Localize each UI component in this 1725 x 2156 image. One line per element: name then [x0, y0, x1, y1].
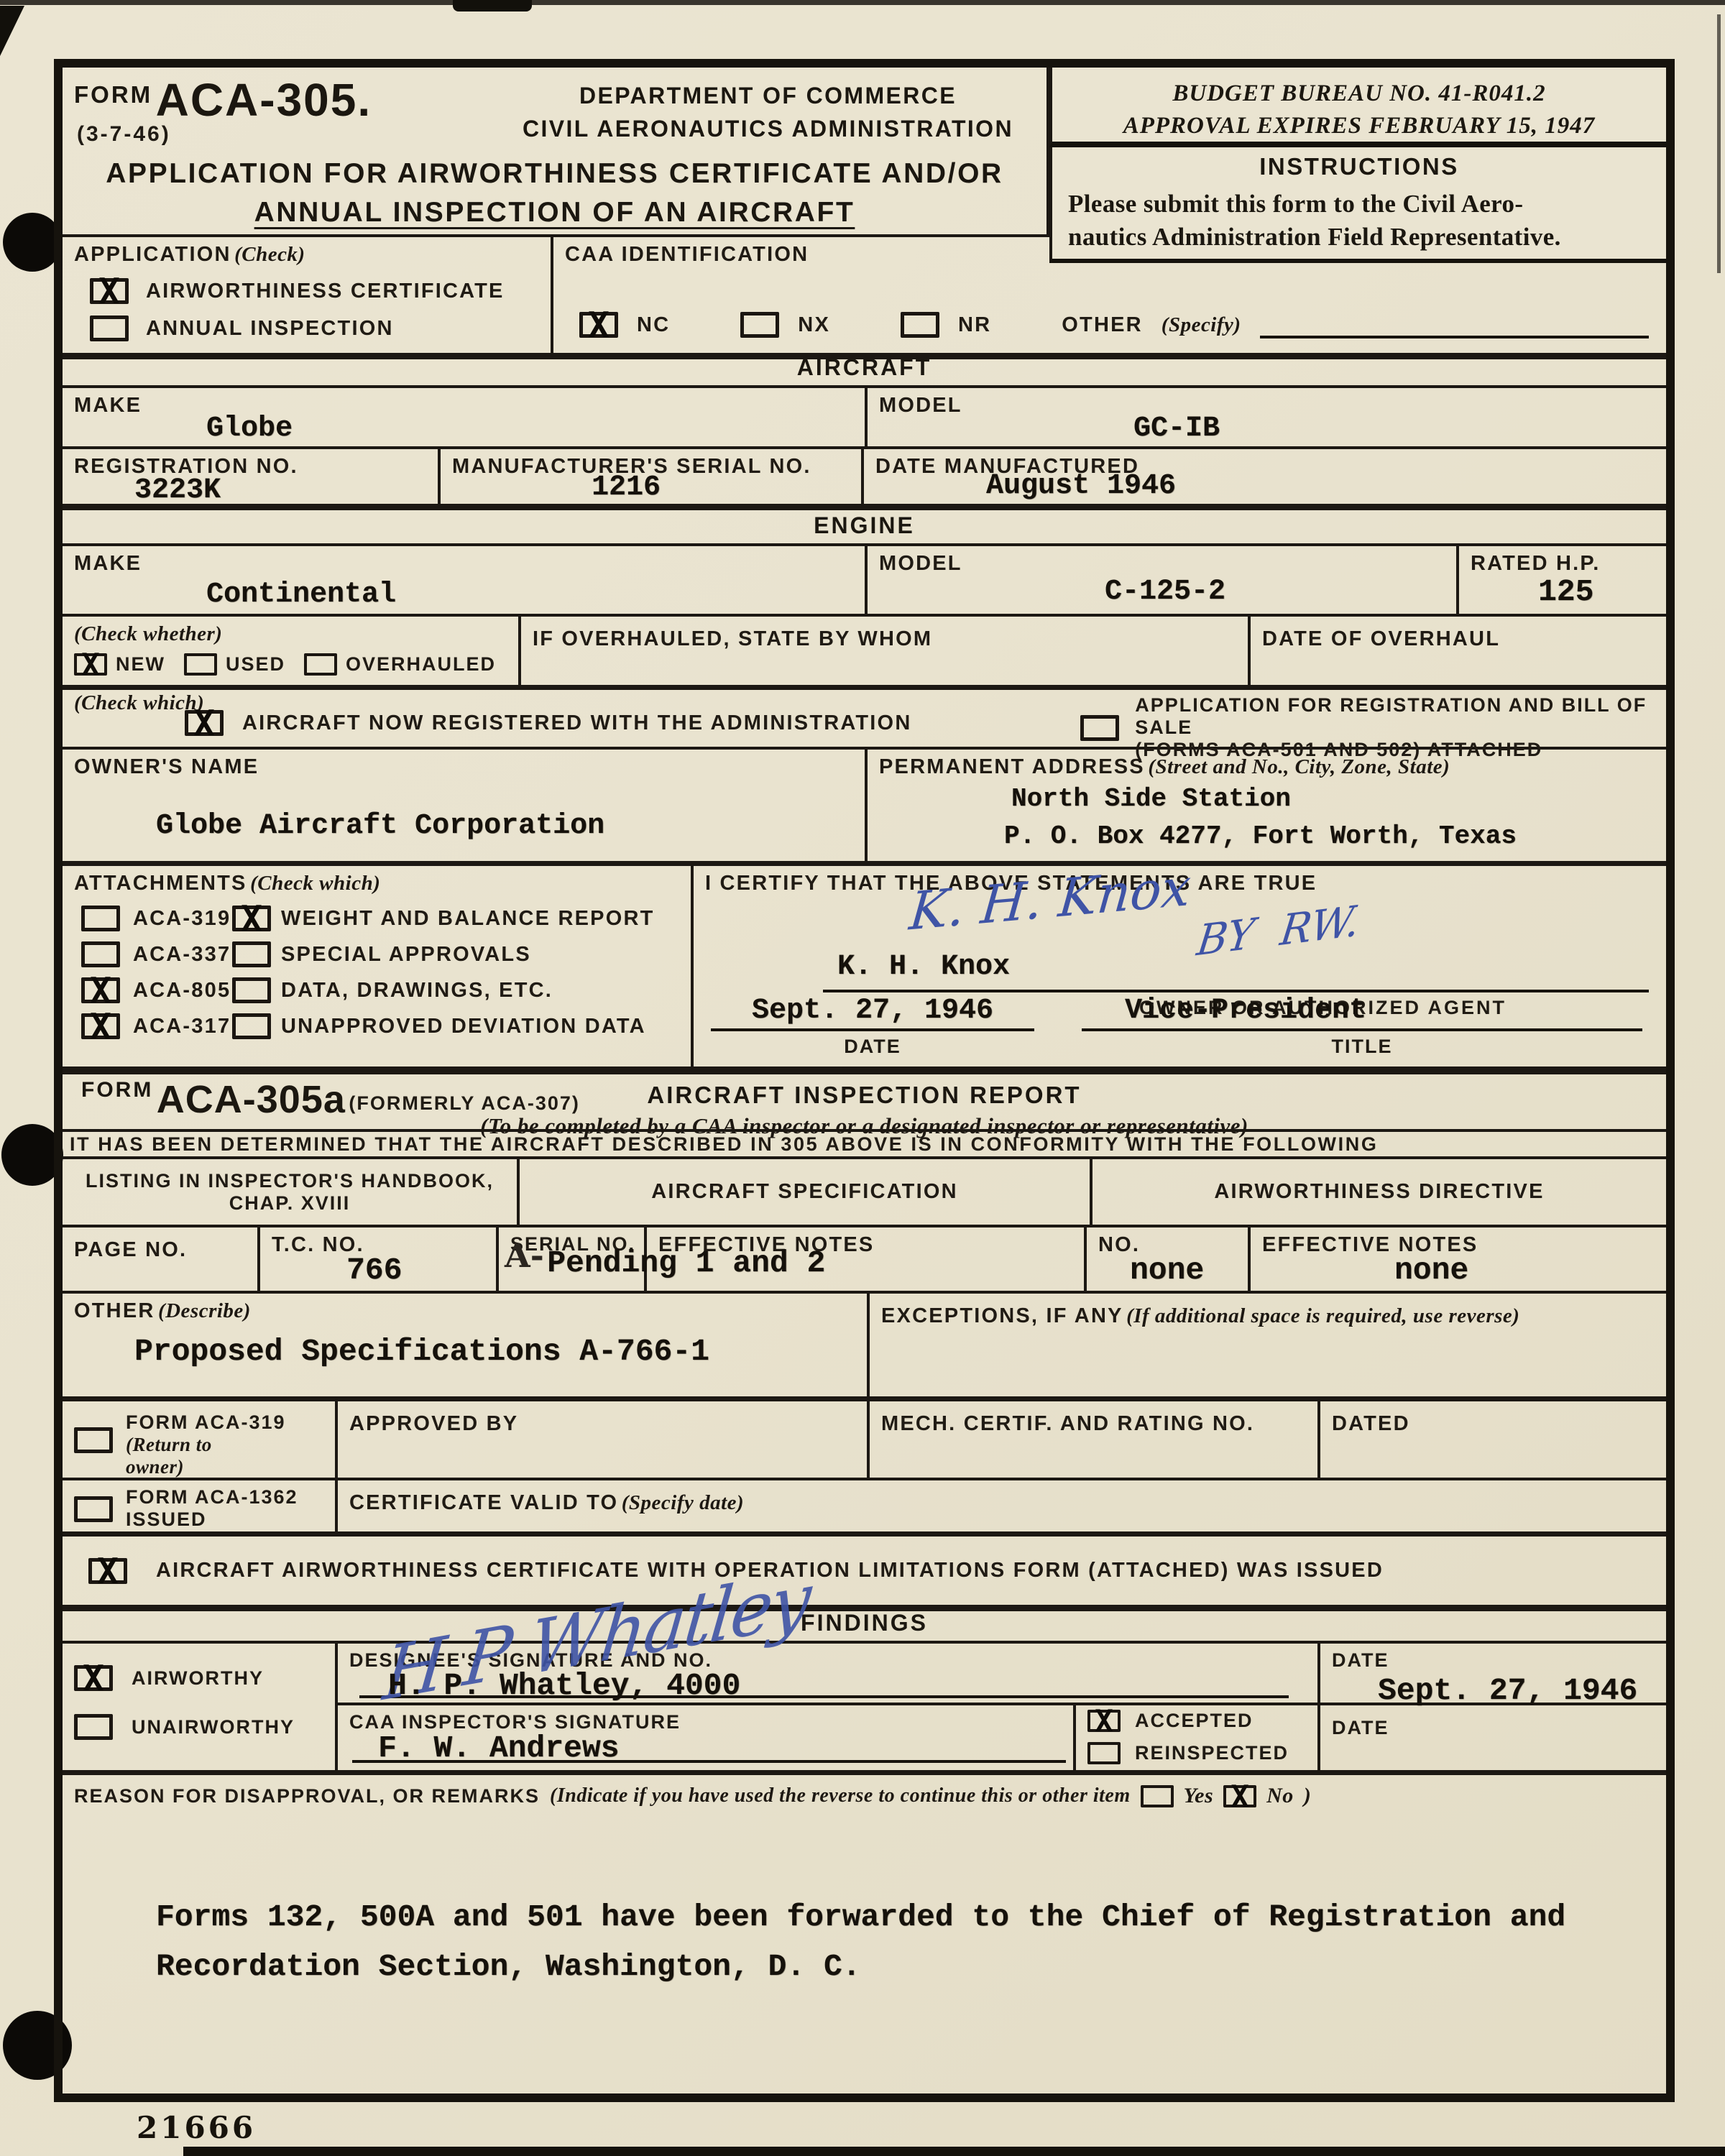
inspector-date-label: DATE	[1332, 1717, 1389, 1738]
instructions-title: INSTRUCTIONS	[1068, 153, 1650, 180]
registration-no-value: 3223K	[134, 474, 221, 507]
other-describe-value: Proposed Specifications A-766-1	[134, 1334, 709, 1369]
form-aca319-cell: FORM ACA-319 (Return to owner)	[63, 1401, 338, 1478]
aca-317-checkbox[interactable]: X	[81, 1013, 120, 1039]
engine-model-value: C-125-2	[1105, 576, 1225, 608]
exceptions-cell: EXCEPTIONS, IF ANY (If additional space …	[870, 1294, 1666, 1396]
certification-date-group: Sept. 27, 1946 DATE	[711, 995, 1034, 1058]
page-no-label: PAGE NO.	[74, 1238, 187, 1261]
certification-date-value: Sept. 27, 1946	[711, 995, 1034, 1031]
aircraft-section-header: AIRCRAFT	[63, 359, 1666, 388]
accepted-reinspected-cell: X ACCEPTED REINSPECTED	[1076, 1705, 1320, 1770]
engine-section-header: ENGINE	[63, 510, 1666, 546]
approved-by-cell: APPROVED BY	[338, 1401, 870, 1478]
header-right-column: BUDGET BUREAU NO. 41-R041.2 APPROVAL EXP…	[1049, 68, 1666, 237]
overhaul-date-label: DATE OF OVERHAUL	[1262, 627, 1500, 650]
attachments-section: ATTACHMENTS (Check which) ACA-319 X WEIG…	[63, 866, 694, 1067]
engine-used-checkbox[interactable]	[184, 653, 217, 676]
engine-condition-cell: (Check whether) X NEW USED OVERHAULED	[63, 617, 521, 685]
department-name: DEPARTMENT OF COMMERCE CIVIL AERONAUTICS…	[523, 79, 1013, 146]
scan-edge-bottom	[183, 2147, 1725, 2156]
scan-blob	[453, 0, 532, 11]
certificate-valid-label: CERTIFICATE VALID TO	[349, 1491, 618, 1514]
remarks-label: REASON FOR DISAPPROVAL, OR REMARKS	[74, 1785, 540, 1807]
check-whether-label: (Check whether)	[74, 622, 507, 646]
date-manufactured-cell: DATE MANUFACTURED August 1946	[864, 449, 1666, 504]
tc-no-value: 766	[346, 1253, 402, 1288]
permanent-address-cell: PERMANENT ADDRESS (Street and No., City,…	[868, 750, 1666, 861]
listing-header: LISTING IN INSPECTOR'S HANDBOOK, CHAP. X…	[86, 1170, 494, 1215]
dated-cell: DATED	[1320, 1401, 1666, 1478]
unapproved-deviation-label: UNAPPROVED DEVIATION DATA	[281, 1015, 646, 1038]
department-line1: DEPARTMENT OF COMMERCE	[523, 79, 1013, 112]
aircraft-make-label: MAKE	[74, 394, 142, 417]
aircraft-specification-header-cell: AIRCRAFT SPECIFICATION	[520, 1159, 1092, 1225]
designee-signature-typed: H. P. Whatley, 4000	[388, 1668, 740, 1703]
certification-title-group: Vice-President TITLE	[1082, 995, 1642, 1058]
engine-model-cell: MODEL C-125-2	[868, 546, 1459, 614]
owner-name-label: OWNER'S NAME	[74, 755, 259, 778]
report-title: AIRCRAFT INSPECTION REPORT	[647, 1082, 1081, 1109]
address-line1: North Side Station	[1011, 784, 1291, 814]
mech-certif-cell: MECH. CERTIF. AND RATING NO.	[870, 1401, 1320, 1478]
aircraft-specification-header: AIRCRAFT SPECIFICATION	[651, 1180, 957, 1204]
document-stamp-number: 21666	[137, 2110, 256, 2145]
scan-edge-right	[1717, 14, 1721, 273]
overhaul-date-cell: DATE OF OVERHAUL	[1251, 617, 1666, 685]
accepted-label: ACCEPTED	[1135, 1710, 1253, 1732]
owner-signature-typed: K. H. Knox	[837, 951, 1010, 983]
remarks-body: Forms 132, 500A and 501 have been forwar…	[156, 1893, 1565, 1992]
data-drawings-label: DATA, DRAWINGS, ETC.	[281, 979, 553, 1003]
spec-serial-cell: SERIAL NO. A- Pending 1 and 2	[499, 1227, 647, 1291]
budget-bureau-box: BUDGET BUREAU NO. 41-R041.2 APPROVAL EXP…	[1049, 68, 1666, 147]
dated-label: DATED	[1332, 1412, 1410, 1435]
determination-statement: IT HAS BEEN DETERMINED THAT THE AIRCRAFT…	[63, 1132, 1666, 1156]
engine-model-label: MODEL	[879, 552, 962, 575]
attachments-label: ATTACHMENTS	[74, 872, 247, 895]
inspector-signature-line	[352, 1760, 1066, 1763]
tc-no-cell: T.C. NO. 766	[260, 1227, 499, 1291]
instructions-body: Please submit this form to the Civil Aer…	[1068, 188, 1650, 253]
form-aca1362-checkbox[interactable]	[74, 1496, 113, 1522]
engine-overhauled-label: OVERHAULED	[346, 653, 496, 676]
scan-edge-top	[0, 0, 1725, 5]
form-header: FORM ACA-305. (3-7-46) DEPARTMENT OF COM…	[63, 68, 1049, 237]
listing-header-cell: LISTING IN INSPECTOR'S HANDBOOK, CHAP. X…	[63, 1159, 520, 1225]
inspector-signature-label: CAA INSPECTOR'S SIGNATURE	[349, 1711, 681, 1733]
certificate-issued-row: X AIRCRAFT AIRWORTHINESS CERTIFICATE WIT…	[63, 1537, 1666, 1605]
weight-balance-label: WEIGHT AND BALANCE REPORT	[281, 907, 655, 931]
owner-signature-by: BY RW.	[1195, 895, 1363, 965]
reverse-no-label: No	[1266, 1784, 1294, 1808]
nr-label: NR	[958, 313, 991, 337]
nc-label: NC	[637, 313, 670, 337]
engine-new-label: NEW	[116, 653, 165, 676]
unairworthy-label: UNAIRWORTHY	[132, 1716, 295, 1738]
directive-notes-cell: EFFECTIVE NOTES none	[1251, 1227, 1666, 1291]
aca-319-label: ACA-319	[133, 907, 231, 931]
airworthy-label: AIRWORTHY	[132, 1667, 264, 1690]
reverse-yes-checkbox[interactable]	[1141, 1785, 1174, 1807]
unapproved-deviation-checkbox[interactable]	[232, 1013, 271, 1039]
other-label: OTHER	[1062, 313, 1143, 337]
other-describe-label: OTHER	[74, 1299, 155, 1322]
annual-inspection-checkbox[interactable]	[90, 315, 129, 341]
remarks-note-close: )	[1304, 1784, 1312, 1808]
directive-notes-value: none	[1394, 1253, 1468, 1288]
aca-337-checkbox[interactable]	[81, 941, 120, 967]
form-aca1362-label-group: FORM ACA-1362 ISSUED	[126, 1486, 298, 1531]
engine-make-cell: MAKE Continental	[63, 546, 868, 614]
aircraft-make-value: Globe	[206, 413, 293, 445]
airworthiness-directive-header-cell: AIRWORTHINESS DIRECTIVE	[1092, 1159, 1666, 1225]
serial-no-value: 1216	[592, 471, 661, 504]
remarks-section: REASON FOR DISAPPROVAL, OR REMARKS (Indi…	[63, 1775, 1666, 2093]
punch-hole	[3, 213, 62, 272]
annual-inspection-label: ANNUAL INSPECTION	[146, 317, 394, 341]
airworthiness-directive-header: AIRWORTHINESS DIRECTIVE	[1214, 1180, 1544, 1204]
registered-checkbox[interactable]: X	[185, 710, 224, 736]
data-drawings-checkbox[interactable]	[232, 977, 271, 1003]
reinspected-label: REINSPECTED	[1135, 1742, 1289, 1764]
aircraft-model-label: MODEL	[879, 394, 962, 417]
form-aca319-label-group: FORM ACA-319 (Return to owner)	[126, 1411, 286, 1478]
application-section: APPLICATION (Check) X AIRWORTHINESS CERT…	[63, 237, 553, 353]
form-title: APPLICATION FOR AIRWORTHINESS CERTIFICAT…	[63, 158, 1046, 229]
spec-effective-notes-value: Pending 1 and 2	[547, 1245, 825, 1281]
airworthiness-verdict-cell: X AIRWORTHY UNAIRWORTHY	[63, 1644, 338, 1770]
permanent-address-label: PERMANENT ADDRESS	[879, 755, 1145, 778]
weight-balance-checkbox[interactable]: X	[232, 906, 271, 931]
engine-make-label: MAKE	[74, 552, 142, 575]
certification-title-value: Vice-President	[1082, 995, 1642, 1031]
registration-status-section: (Check which) X AIRCRAFT NOW REGISTERED …	[63, 690, 1666, 747]
nc-checkbox[interactable]: X	[579, 312, 618, 338]
reverse-no-checkbox[interactable]: X	[1223, 1785, 1256, 1807]
report-form-label: FORM	[81, 1078, 153, 1102]
owner-name-cell: OWNER'S NAME Globe Aircraft Corporation	[63, 750, 868, 861]
airworthiness-certificate-checkbox[interactable]: X	[90, 278, 129, 304]
attachments-label-note: (Check which)	[250, 872, 380, 895]
rated-hp-label: RATED H.P.	[1471, 552, 1600, 575]
report-formerly: (FORMERLY ACA-307)	[349, 1092, 580, 1114]
approval-expires: APPROVAL EXPIRES FEBRUARY 15, 1947	[1052, 110, 1666, 142]
aca-337-label: ACA-337	[133, 943, 231, 967]
certificate-issued-checkbox[interactable]: X	[88, 1558, 127, 1584]
other-describe-note: (Describe)	[158, 1299, 251, 1322]
reverse-yes-label: Yes	[1184, 1784, 1214, 1808]
nx-label: NX	[798, 313, 830, 337]
instructions-box: INSTRUCTIONS Please submit this form to …	[1049, 147, 1666, 263]
nr-checkbox[interactable]	[901, 312, 939, 338]
airworthy-checkbox[interactable]: X	[74, 1665, 113, 1691]
directive-no-value: none	[1130, 1253, 1204, 1288]
designee-date-value: Sept. 27, 1946	[1378, 1673, 1637, 1708]
address-line2: P. O. Box 4277, Fort Worth, Texas	[1004, 821, 1517, 851]
rated-hp-value: 125	[1538, 574, 1593, 609]
overhauled-by-label: IF OVERHAULED, STATE BY WHOM	[533, 627, 932, 650]
inspector-signature-cell: CAA INSPECTOR'S SIGNATURE F. W. Andrews	[338, 1705, 1076, 1770]
accepted-checkbox[interactable]: X	[1087, 1710, 1121, 1732]
designee-date-cell: DATE Sept. 27, 1946	[1320, 1644, 1666, 1703]
other-describe-cell: OTHER (Describe) Proposed Specifications…	[63, 1294, 870, 1396]
bill-of-sale-checkbox[interactable]	[1080, 715, 1119, 741]
form-title-line2: ANNUAL INSPECTION OF AN AIRCRAFT	[63, 197, 1046, 229]
budget-bureau-no: BUDGET BUREAU NO. 41-R041.2	[1052, 78, 1666, 110]
form-title-line1: APPLICATION FOR AIRWORTHINESS CERTIFICAT…	[63, 158, 1046, 190]
owner-signature-script: K. H. Knox	[907, 856, 1193, 941]
owner-name-value: Globe Aircraft Corporation	[156, 810, 604, 842]
form-label: FORM	[74, 81, 152, 108]
overhauled-by-cell: IF OVERHAULED, STATE BY WHOM	[521, 617, 1251, 685]
special-approvals-checkbox[interactable]	[232, 941, 271, 967]
scan-corner	[0, 6, 24, 56]
application-label: APPLICATION	[74, 243, 231, 266]
aca-805-label: ACA-805	[133, 979, 231, 1003]
exceptions-label: EXCEPTIONS, IF ANY	[881, 1304, 1123, 1327]
spec-serial-value: A-	[505, 1236, 544, 1275]
department-line2: CIVIL AERONAUTICS ADMINISTRATION	[523, 112, 1013, 145]
form-aca-305: FORM ACA-305. (3-7-46) DEPARTMENT OF COM…	[54, 59, 1675, 2102]
inspector-date-cell: DATE	[1320, 1705, 1666, 1770]
rated-hp-cell: RATED H.P. 125	[1459, 546, 1666, 614]
serial-no-cell: MANUFACTURER'S SERIAL NO. 1216	[441, 449, 864, 504]
owner-signature-line	[823, 990, 1649, 992]
page-no-cell: PAGE NO.	[63, 1227, 260, 1291]
engine-make-value: Continental	[206, 579, 396, 611]
other-specify-field[interactable]	[1260, 311, 1649, 338]
aircraft-model-cell: MODEL GC-IB	[868, 388, 1666, 446]
application-label-note: (Check)	[234, 243, 305, 266]
engine-overhauled-checkbox[interactable]	[304, 653, 337, 676]
approved-by-label: APPROVED BY	[349, 1412, 518, 1435]
date-manufactured-value: August 1946	[986, 470, 1176, 502]
aca-805-checkbox[interactable]: X	[81, 977, 120, 1003]
certificate-valid-note: (Specify date)	[622, 1491, 744, 1514]
form-aca319-checkbox[interactable]	[74, 1427, 113, 1453]
certificate-valid-cell: CERTIFICATE VALID TO (Specify date)	[338, 1480, 1666, 1531]
certification-date-label: DATE	[711, 1036, 1034, 1058]
certification-section: I CERTIFY THAT THE ABOVE STATEMENTS ARE …	[694, 866, 1666, 1067]
permanent-address-note: (Street and No., City, Zone, State)	[1148, 755, 1450, 778]
inspection-report-header: FORM ACA-305a (FORMERLY ACA-307) AIRCRAF…	[63, 1074, 1666, 1129]
reinspected-checkbox[interactable]	[1087, 1742, 1121, 1764]
caa-identification-label: CAA IDENTIFICATION	[565, 243, 809, 266]
form-number: ACA-305.	[156, 74, 372, 126]
registration-no-cell: REGISTRATION NO. 3223K	[63, 449, 441, 504]
findings-section-header: FINDINGS	[63, 1611, 1666, 1644]
other-label-note: (Specify)	[1161, 313, 1241, 337]
directive-no-cell: NO. none	[1087, 1227, 1251, 1291]
certification-title-label: TITLE	[1082, 1036, 1642, 1058]
engine-new-checkbox[interactable]: X	[74, 653, 107, 676]
special-approvals-label: SPECIAL APPROVALS	[281, 943, 531, 967]
form-aca1362-cell: FORM ACA-1362 ISSUED	[63, 1480, 338, 1531]
aircraft-make-cell: MAKE Globe	[63, 388, 868, 446]
nx-checkbox[interactable]	[740, 312, 779, 338]
remarks-note: (Indicate if you have used the reverse t…	[550, 1784, 1131, 1807]
aircraft-model-value: GC-IB	[1133, 413, 1220, 445]
airworthiness-certificate-label: AIRWORTHINESS CERTIFICATE	[146, 280, 505, 303]
unairworthy-checkbox[interactable]	[74, 1714, 113, 1740]
designee-date-label: DATE	[1332, 1649, 1389, 1671]
aca-319-checkbox[interactable]	[81, 906, 120, 931]
exceptions-note: (If additional space is required, use re…	[1126, 1304, 1519, 1327]
engine-used-label: USED	[226, 653, 285, 676]
aca-317-label: ACA-317	[133, 1015, 231, 1038]
mech-certif-label: MECH. CERTIF. AND RATING NO.	[881, 1412, 1254, 1435]
designee-signature-cell: H P Whatley DESIGNEE'S SIGNATURE AND NO.…	[338, 1644, 1320, 1703]
